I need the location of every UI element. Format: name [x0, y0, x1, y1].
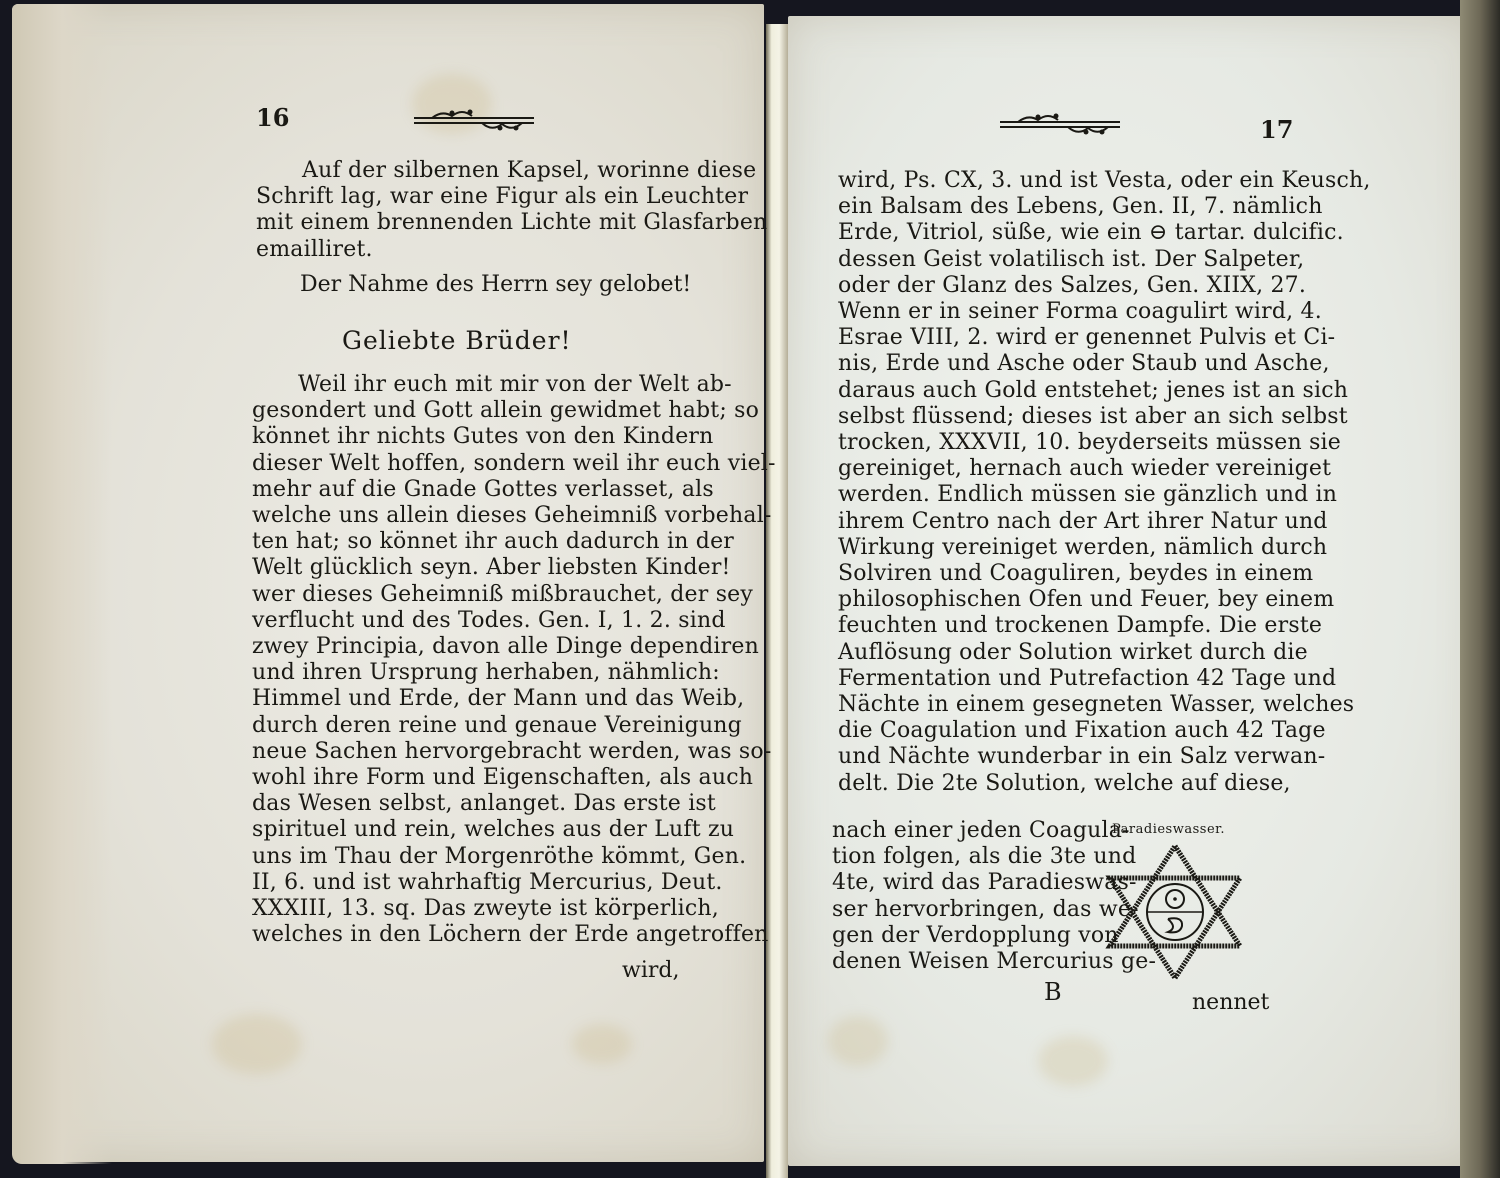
text-line: und ihren Ursprung herhaben, nähmlich:	[252, 660, 684, 686]
text-line: ein Balsam des Lebens, Gen. II, 7. nämli…	[838, 194, 1268, 220]
section-heading: Geliebte Brüder!	[342, 326, 572, 355]
text-line: neue Sachen hervorgebracht werden, was s…	[252, 739, 684, 765]
text-line: feuchten und trockenen Dampfe. Die erste	[838, 613, 1268, 639]
text-line: könnet ihr nichts Gutes von den Kindern	[252, 424, 684, 450]
text-line: mit einem brennenden Lichte mit Glasfarb…	[256, 210, 684, 236]
left-intro-paragraph: Auf der silbernen Kapsel, worinne diese …	[256, 158, 684, 263]
text-line: uns im Thau der Morgenröthe kömmt, Gen.	[252, 844, 684, 870]
text-line: ihrem Centro nach der Art ihrer Natur un…	[838, 509, 1268, 535]
text-line: und Nächte wunderbar in ein Salz verwan-	[838, 744, 1268, 770]
text-line: verflucht und des Todes. Gen. I, 1. 2. s…	[252, 608, 684, 634]
catchword-right: nennet	[1192, 990, 1269, 1015]
text-line: Erde, Vitriol, süße, wie ein ⊖ tartar. d…	[838, 220, 1268, 246]
catchword-left: wird,	[622, 958, 679, 983]
page-number-right: 17	[1260, 115, 1293, 144]
text-line: XXXIII, 13. sq. Das zweyte ist körperlic…	[252, 896, 684, 922]
text-line: gereiniget, hernach auch wieder vereinig…	[838, 456, 1268, 482]
text-line: zwey Principia, davon alle Dinge dependi…	[252, 634, 684, 660]
text-line: durch deren reine und genaue Vereinigung	[252, 713, 684, 739]
text-line: ten hat; so könnet ihr auch dadurch in d…	[252, 529, 684, 555]
open-book: 16 Auf der silbernen Kapsel, worinne die…	[0, 0, 1500, 1178]
text-line: Solviren und Coaguliren, beydes in einem	[838, 561, 1268, 587]
text-line: wer dieses Geheimniß mißbrauchet, der se…	[252, 582, 684, 608]
text-line: Wirkung vereiniget werden, nämlich durch	[838, 535, 1268, 561]
text-line: Nächte in einem gesegneten Wasser, welch…	[838, 692, 1268, 718]
text-line: selbst flüssend; dieses ist aber an sich…	[838, 404, 1268, 430]
text-line: Welt glücklich seyn. Aber liebsten Kinde…	[252, 555, 684, 581]
page-number-left: 16	[256, 103, 289, 132]
left-page-worn-edge	[12, 4, 112, 1164]
text-line: Himmel und Erde, der Mann und das Weib,	[252, 686, 684, 712]
text-line: nis, Erde und Asche oder Staub und Asche…	[838, 351, 1268, 377]
text-line: spirituel und rein, welches aus der Luft…	[252, 817, 684, 843]
text-line: gen der Verdopplung von	[832, 923, 1090, 949]
text-line: ser hervorbringen, das we-	[832, 897, 1090, 923]
text-line: emailliret.	[256, 237, 684, 263]
text-line: oder der Glanz des Salzes, Gen. XIIX, 27…	[838, 273, 1268, 299]
text-line: welche uns allein dieses Geheimniß vorbe…	[252, 503, 684, 529]
text-line: 4te, wird das Paradieswas-	[832, 870, 1090, 896]
text-line: wohl ihre Form und Eigenschaften, als au…	[252, 765, 684, 791]
text-line: welches in den Löchern der Erde angetrof…	[252, 922, 684, 948]
text-line: Fermentation und Putrefaction 42 Tage un…	[838, 666, 1268, 692]
right-narrow-paragraph: nach einer jeden Coagula- tion folgen, a…	[832, 818, 1090, 975]
text-line: die Coagulation und Fixation auch 42 Tag…	[838, 718, 1268, 744]
right-body-paragraph: wird, Ps. CX, 3. und ist Vesta, oder ein…	[838, 168, 1268, 797]
text-line: gesondert und Gott allein gewidmet habt;…	[252, 398, 684, 424]
text-line: wird, Ps. CX, 3. und ist Vesta, oder ein…	[838, 168, 1268, 194]
text-line: denen Weisen Mercurius ge-	[832, 949, 1090, 975]
text-line: trocken, XXXVII, 10. beyderseits müssen …	[838, 430, 1268, 456]
text-line: Wenn er in seiner Forma coagulirt wird, …	[838, 299, 1268, 325]
figure-caption: Paradieswasser.	[1112, 822, 1225, 837]
text-line: Auf der silbernen Kapsel, worinne diese	[256, 158, 684, 184]
text-line: Auflösung oder Solution wirket durch die	[838, 640, 1268, 666]
text-line: nach einer jeden Coagula-	[832, 818, 1090, 844]
book-gutter	[766, 24, 788, 1178]
text-line: das Wesen selbst, anlanget. Das erste is…	[252, 791, 684, 817]
text-line: Esrae VIII, 2. wird er genennet Pulvis e…	[838, 325, 1268, 351]
hexagram-sun-moon-icon	[1100, 842, 1250, 982]
text-line: delt. Die 2te Solution, welche auf diese…	[838, 771, 1268, 797]
text-line: dessen Geist volatilisch ist. Der Salpet…	[838, 247, 1268, 273]
right-book-edge	[1460, 0, 1500, 1178]
text-line: dieser Welt hoffen, sondern weil ihr euc…	[252, 451, 684, 477]
text-line: daraus auch Gold entstehet; jenes ist an…	[838, 378, 1268, 404]
text-line: werden. Endlich müssen sie gänzlich und …	[838, 482, 1268, 508]
signature-mark: B	[1044, 978, 1062, 1006]
text-line: Weil ihr euch mit mir von der Welt ab-	[252, 372, 684, 398]
text-line: II, 6. und ist wahrhaftig Mercurius, Deu…	[252, 870, 684, 896]
blessing-line: Der Nahme des Herrn sey gelobet!	[300, 272, 691, 297]
text-line: mehr auf die Gnade Gottes verlasset, als	[252, 477, 684, 503]
vine-ornament-icon	[998, 112, 1122, 138]
text-line: philosophischen Ofen und Feuer, bey eine…	[838, 587, 1268, 613]
text-line: Schrift lag, war eine Figur als ein Leuc…	[256, 184, 684, 210]
text-line: tion folgen, als die 3te und	[832, 844, 1090, 870]
vine-ornament-icon	[412, 108, 536, 134]
left-body-paragraph: Weil ihr euch mit mir von der Welt ab- g…	[252, 372, 684, 948]
